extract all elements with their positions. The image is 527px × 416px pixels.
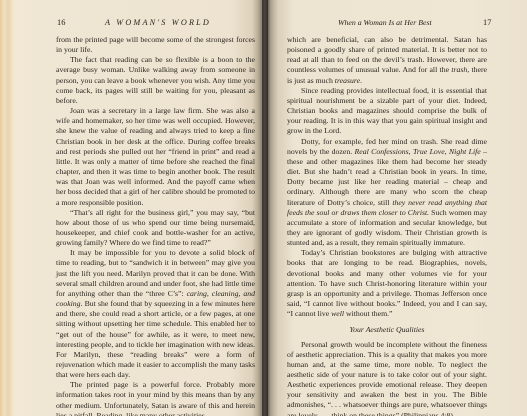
chapter-title-header: When a Woman Is at Her Best bbox=[338, 18, 432, 28]
italic-text: trash bbox=[451, 65, 467, 74]
page-number-right: 17 bbox=[483, 18, 491, 28]
italic-text: well bbox=[331, 309, 344, 318]
italic-text: treasure bbox=[335, 76, 360, 85]
paragraph: Since reading provides intellectual food… bbox=[287, 86, 487, 137]
paragraph: The fact that reading can be so flexible… bbox=[56, 55, 255, 106]
italic-text: Real Confessions, True Love, Night Life bbox=[355, 147, 481, 156]
section-subheading: Your Aesthetic Qualities bbox=[287, 325, 487, 335]
text-run: . But she found that by squeezing in a f… bbox=[56, 299, 255, 379]
text-run: . bbox=[360, 76, 362, 85]
left-page-body: from the printed page will become some o… bbox=[56, 35, 255, 416]
paragraph: Personal growth would be incomplete with… bbox=[287, 340, 487, 416]
paragraph: from the printed page will become some o… bbox=[56, 35, 255, 55]
page-number-left: 16 bbox=[57, 18, 65, 28]
left-page: 16 A WOMAN'S WORLD from the printed page… bbox=[0, 0, 262, 416]
paragraph: It may be impossible for you to devote a… bbox=[56, 248, 255, 380]
paragraph: which are beneficial, can also be detrim… bbox=[287, 35, 487, 86]
paragraph: Dotty, for example, fed her mind on tras… bbox=[287, 137, 487, 249]
book-title-header: A WOMAN'S WORLD bbox=[105, 18, 211, 28]
paragraph: Joan was a secretary in a large law firm… bbox=[56, 106, 255, 208]
text-run: without them.” bbox=[344, 309, 392, 318]
paragraph: “That’s all right for the business girl,… bbox=[56, 208, 255, 249]
paragraph: The printed page is a powerful force. Pr… bbox=[56, 380, 255, 416]
paragraph: Today’s Christian bookstores are bulging… bbox=[287, 248, 487, 319]
book-spread: 16 A WOMAN'S WORLD from the printed page… bbox=[0, 0, 527, 416]
right-page: When a Woman Is at Her Best 17 which are… bbox=[268, 0, 527, 416]
right-page-body: which are beneficial, can also be detrim… bbox=[287, 35, 487, 416]
text-run: Today’s Christian bookstores are bulging… bbox=[287, 248, 487, 318]
